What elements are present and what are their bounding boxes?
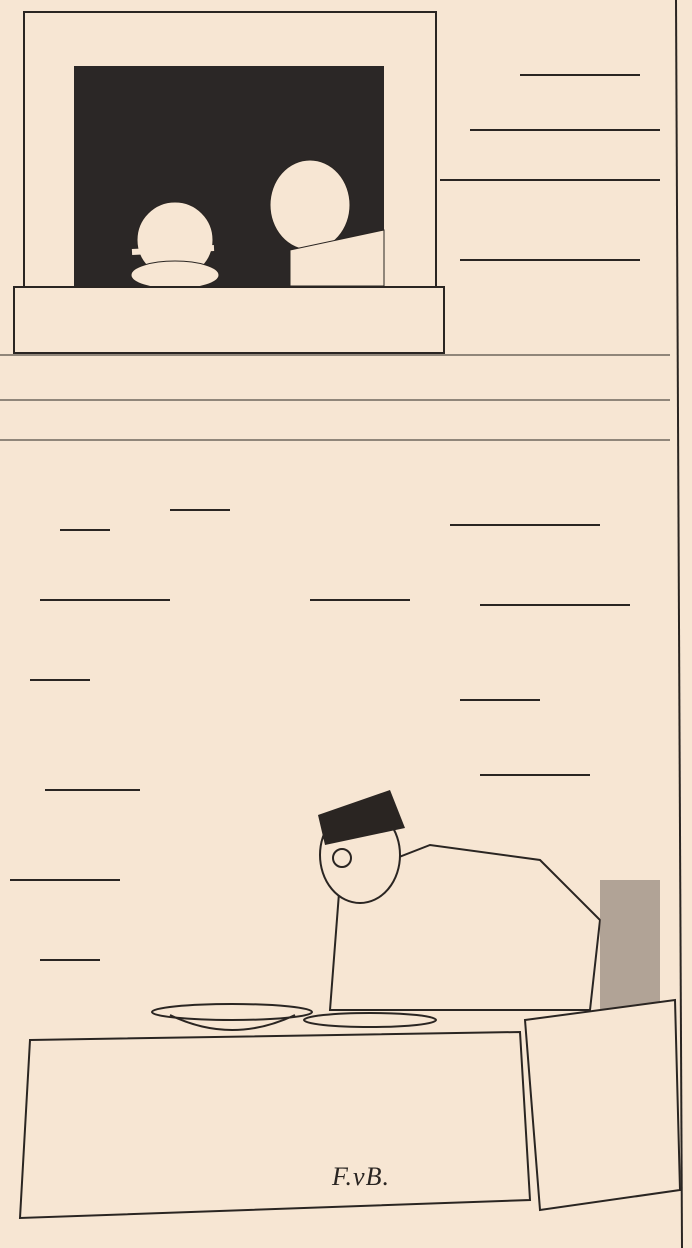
window-sill bbox=[14, 287, 444, 353]
man-figure bbox=[318, 790, 660, 1010]
engraving-artwork bbox=[0, 0, 692, 1248]
newspaper bbox=[525, 1000, 680, 1210]
roof-tiles bbox=[0, 355, 670, 440]
table bbox=[20, 1032, 530, 1218]
artist-signature: F.vB. bbox=[332, 1162, 390, 1192]
